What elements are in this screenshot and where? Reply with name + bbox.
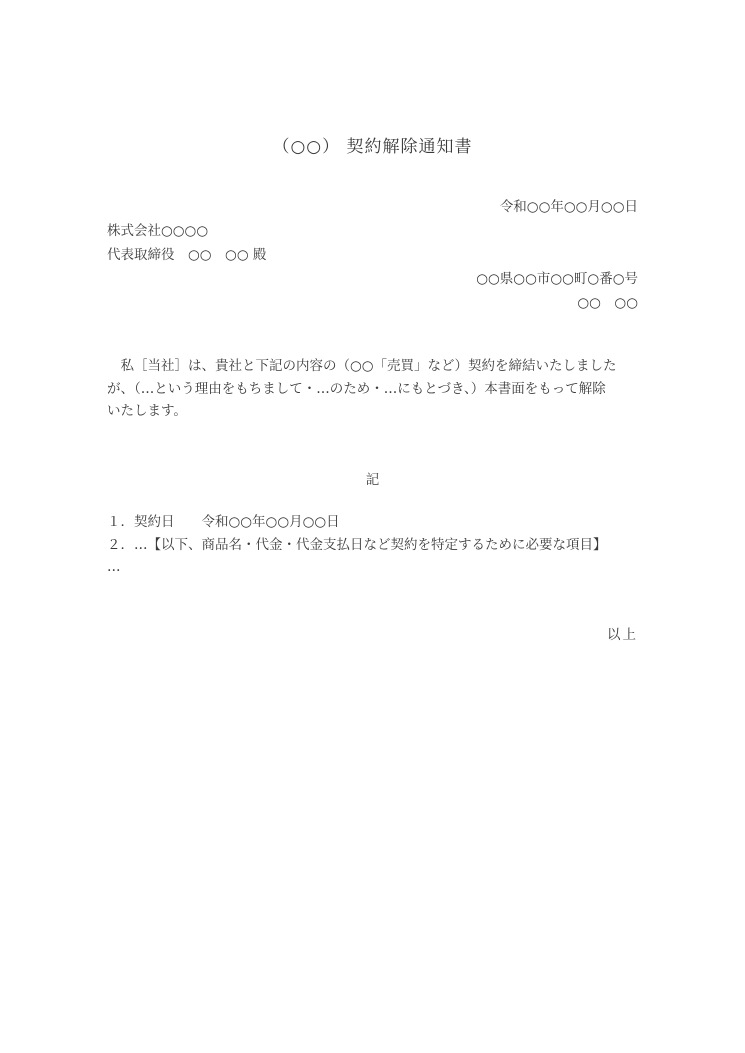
body-line-1: 私［当社］は、貴社と下記の内容の（○○「売買」など）契約を締結いたしました <box>107 355 638 378</box>
item-contract-date: １．契約日 令和○○年○○月○○日 <box>107 511 638 534</box>
closing-mark: 以上 <box>107 624 638 647</box>
sender-name: ○○ ○○ <box>107 291 638 315</box>
document-page: （○○） 契約解除通知書 令和○○年○○月○○日 株式会社○○○○ 代表取締役 … <box>0 0 745 1053</box>
body-paragraph: 私［当社］は、貴社と下記の内容の（○○「売買」など）契約を締結いたしました が、… <box>107 355 638 423</box>
body-line-3: いたします。 <box>107 400 638 423</box>
item-contract-details: ２．…【以下、商品名・代金・代金支払日など契約を特定するために必要な項目】 <box>107 534 638 557</box>
record-heading: 記 <box>107 469 638 492</box>
item-ellipsis: … <box>107 556 638 579</box>
document-title: （○○） 契約解除通知書 <box>107 136 638 158</box>
body-line-2: が、（…という理由をもちまして・…のため・…にもとづき、）本書面をもって解除 <box>107 378 638 401</box>
recipient-company: 株式会社○○○○ <box>107 219 638 243</box>
date-line: 令和○○年○○月○○日 <box>107 195 638 219</box>
sender-address: ○○県○○市○○町○番○号 <box>107 267 638 291</box>
recipient-person: 代表取締役 ○○ ○○ 殿 <box>107 243 638 267</box>
items-list: １．契約日 令和○○年○○月○○日 ２．…【以下、商品名・代金・代金支払日など契… <box>107 511 638 579</box>
